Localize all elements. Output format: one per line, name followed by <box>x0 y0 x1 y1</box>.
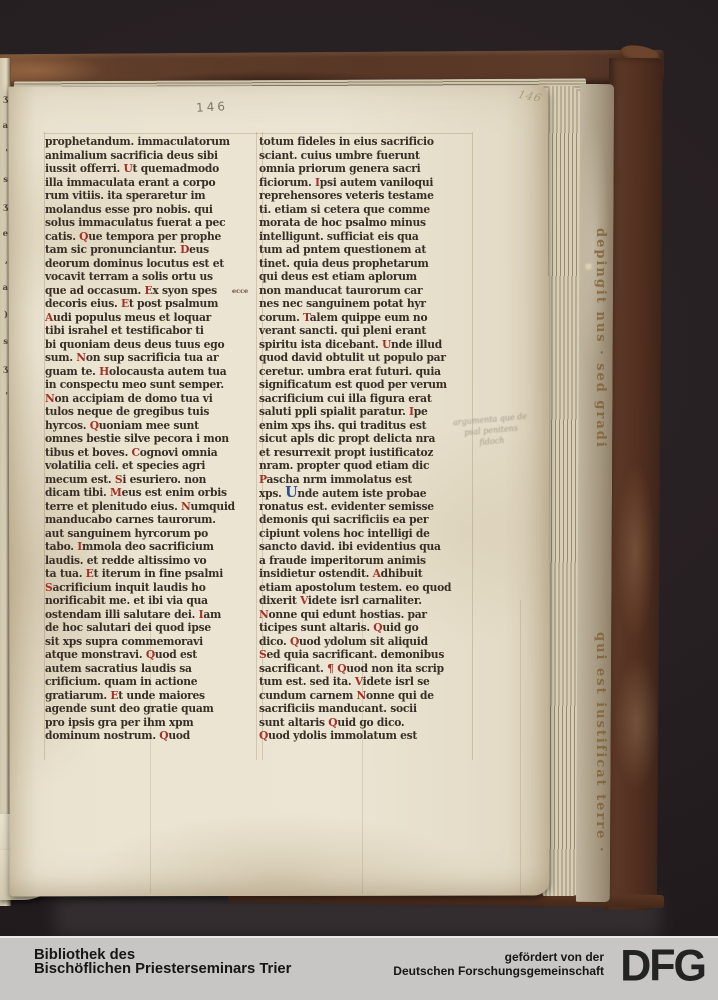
manuscript-line: tibi israhel et testificabor ti <box>45 324 256 338</box>
rubricated-initial: E <box>121 297 129 310</box>
manuscript-line: prophetandum. immaculatorum <box>45 135 256 149</box>
manuscript-line: reprehensores veteris testame <box>259 189 471 203</box>
rubricated-initial: C <box>132 446 140 459</box>
manuscript-line: a fraude imperitorum animis <box>259 554 471 568</box>
manuscript-line: dico. Quod ydolum sit aliquid <box>259 635 471 649</box>
manuscript-line: ostendam illi salutare dei. Iam <box>45 608 256 622</box>
manuscript-line: ronatus est. evidenter semisse <box>259 500 471 514</box>
manuscript-line: dicam tibi. Meus est enim orbis <box>45 486 256 500</box>
library-name-line2: Bischöflichen Priesterseminars Trier <box>34 962 291 976</box>
manuscript-line: sciant. cuius umbre fuerunt <box>259 149 471 163</box>
manuscript-line: tum est. sed ita. Videte isrl se <box>259 675 471 689</box>
funding-credit-line1: gefördert von der <box>393 951 604 965</box>
manuscript-line: rum vitiis. ita speraretur im <box>45 189 256 203</box>
rubricated-initial: Q <box>79 230 88 243</box>
manuscript-line: dixerit Videte isrl carnaliter. <box>259 594 471 608</box>
rubricated-initial: S <box>259 648 266 661</box>
manuscript-line: ticipes sunt altaris. Quid go <box>259 621 471 635</box>
manuscript-line: sum. Non sup sacrificia tua ar <box>45 351 256 365</box>
rubricated-initial: Q <box>259 729 268 742</box>
manuscript-line: corum. Talem quippe eum no <box>259 311 471 325</box>
manuscript-line: sunt altaris Quid go dico. <box>259 716 471 730</box>
manuscript-line: morata de hoc psalmo minus <box>259 216 471 230</box>
rubricated-initial: H <box>99 365 109 378</box>
rubricated-initial: ¶ <box>327 662 334 675</box>
rubricated-initial: E <box>86 567 94 580</box>
manuscript-line: norificabit me. et ibi via qua <box>45 594 256 608</box>
manuscript-line: de hoc salutari dei quod ipse <box>45 621 256 635</box>
funding-credit: gefördert von der Deutschen Forschungsge… <box>393 951 604 978</box>
ruling-line <box>44 133 472 134</box>
rubricated-initial: N <box>259 608 269 621</box>
manuscript-line: sacrificiis manducant. socii <box>259 702 471 716</box>
manuscript-line: cundum carnem Nonne qui de <box>259 689 471 703</box>
rubricated-initial: Q <box>290 635 299 648</box>
manuscript-line: cipiunt volens hoc intelligi de <box>259 527 471 541</box>
manuscript-line: laudis. et redde altissimo vo <box>45 554 256 568</box>
manuscript-line: tabo. Immola deo sacrificium <box>45 540 256 554</box>
manuscript-line: omnes bestie silve pecora i mon <box>45 432 256 446</box>
manuscript-line: manducabo carnes taurorum. <box>45 513 256 527</box>
metal-dot <box>586 264 591 269</box>
rubricated-initial: Q <box>373 621 382 634</box>
rubricated-initial: I <box>315 176 320 189</box>
manuscript-line: atque monstravi. Quod est <box>45 648 256 662</box>
manuscript-line: ficiorum. Ipsi autem vaniloqui <box>259 176 471 190</box>
manuscript-line: illa immaculata erant a corpo <box>45 176 256 190</box>
manuscript-line: tam sic pronunciantur. Deus <box>45 243 256 257</box>
manuscript-line: sancto david. ibi evidentius qua <box>259 540 471 554</box>
rubricated-initial: N <box>76 351 86 364</box>
manuscript-line: qui deus est etiam aplorum <box>259 270 471 284</box>
manuscript-line: xps. Unde autem iste probae <box>259 486 471 500</box>
funding-credit-line2: Deutschen Forschungsgemeinschaft <box>393 965 604 979</box>
manuscript-line: tinet. quia deus prophetarum <box>259 257 471 271</box>
library-name: Bibliothek des Bischöflichen Priestersem… <box>34 948 291 976</box>
rubricated-initial: N <box>45 392 55 405</box>
manuscript-line: mecum est. Si esuriero. non <box>45 473 256 487</box>
manuscript-line: iussit offerri. Ut quemadmodo <box>45 162 256 176</box>
manuscript-line: etiam apostolum testem. eo quod <box>259 581 471 595</box>
manuscript-line: Sacrificium inquit laudis ho <box>45 581 256 595</box>
fore-edge-inscription-lower: qui est iustificat terre · <box>590 632 608 880</box>
footer-bar: Bibliothek des Bischöflichen Priestersem… <box>0 936 718 1000</box>
manuscript-line: crificium. quam in actione <box>45 675 256 689</box>
illuminated-initial: U <box>285 486 297 500</box>
rubricated-initial: Q <box>337 662 346 675</box>
manuscript-line: insidietur ostendit. Adhibuit <box>259 567 471 581</box>
manuscript-line: Sed quia sacrificant. demonibus <box>259 648 471 662</box>
rubricated-initial: S <box>45 581 52 594</box>
manuscript-line: Non accipiam de domo tua vi <box>45 392 256 406</box>
rubricated-initial: E <box>110 689 118 702</box>
manuscript-line: in conspectu meo sunt semper. <box>45 378 256 392</box>
manuscript-line: Quod ydolis immolatum est <box>259 729 471 743</box>
rubricated-initial: U <box>382 338 391 351</box>
manuscript-line: tum ad pntem questionem at <box>259 243 471 257</box>
manuscript-line: nes nec sanguinem potat hyr <box>259 297 471 311</box>
manuscript-line: demonis qui sacrificiis ea per <box>259 513 471 527</box>
manuscript-line: pro ipsis gra per ihm xpm <box>45 716 256 730</box>
ruling-line <box>256 132 257 760</box>
rubricated-initial: Q <box>328 716 337 729</box>
manuscript-line: autem sacratius laudis sa <box>45 662 256 676</box>
manuscript-line: dominum nostrum. Quod <box>45 729 256 743</box>
manuscript-line: guam te. Holocausta autem tua <box>45 365 256 379</box>
manuscript-line: vocavit terram a solis ortu us <box>45 270 256 284</box>
manuscript-line: Pascha nrm immolatus est <box>259 473 471 487</box>
library-name-line1: Bibliothek des <box>34 948 291 962</box>
text-column-left: prophetandum. immaculatorumanimalium sac… <box>45 135 256 743</box>
rubricated-initial: N <box>356 689 366 702</box>
manuscript-line: tibus et boves. Cognovi omnia <box>45 446 256 460</box>
manuscript-line: totum fideles in eius sacrificio <box>259 135 471 149</box>
manuscript-line: hyrcos. Quoniam mee sunt <box>45 419 256 433</box>
photo-area: depingit nus · sed gradi qui est iustifi… <box>0 0 718 936</box>
rubricated-initial: P <box>259 473 267 486</box>
manuscript-line: non manducat taurorum car <box>259 284 471 298</box>
rubricated-initial: A <box>45 311 53 324</box>
manuscript-line: solus immaculatus fuerat a pec <box>45 216 256 230</box>
manuscript-line: catis. Que tempora per prophe <box>45 230 256 244</box>
rubricated-initial: E <box>145 284 153 297</box>
rubricated-initial: U <box>123 162 132 175</box>
manuscript-line: ta tua. Et iterum in fine psalmi <box>45 567 256 581</box>
rubricated-initial: D <box>180 243 189 256</box>
manuscript-line: quod david obtulit ut populo par <box>259 351 471 365</box>
manuscript-line: ceretur. umbra erat futuri. quia <box>259 365 471 379</box>
manuscript-line: deorum dominus locutus est et <box>45 257 256 271</box>
manuscript-line: gratiarum. Et unde maiores <box>45 689 256 703</box>
manuscript-line: tulos neque de gregibus tuis <box>45 405 256 419</box>
rubricated-initial: Q <box>146 648 155 661</box>
rubricated-initial: Q <box>159 729 168 742</box>
rubricated-initial: V <box>355 675 363 688</box>
manuscript-line: intelligunt. sufficiat eis qua <box>259 230 471 244</box>
rubricated-initial: A <box>373 567 381 580</box>
parchment-crease <box>520 600 521 894</box>
manuscript-line: sacrificium cui illa figura erat <box>259 392 471 406</box>
rubricated-initial: N <box>181 500 191 513</box>
rubricated-initial: I <box>77 540 82 553</box>
manuscript-line: Nonne qui edunt hostias. par <box>259 608 471 622</box>
rubricated-initial: I <box>409 405 414 418</box>
manuscript-line: omnia priorum genera sacri <box>259 162 471 176</box>
manuscript-line: Audi populus meus et loquar <box>45 311 256 325</box>
rubricated-initial: Q <box>90 419 99 432</box>
manuscript-line: bi quoniam deus deus tuus ego <box>45 338 256 352</box>
manuscript-line: verant sancti. qui pleni erant <box>259 324 471 338</box>
manuscript-line: molandus esse pro nobis. qui <box>45 203 256 217</box>
manuscript-line: nram. propter quod etiam dic <box>259 459 471 473</box>
manuscript-line: ti. etiam si cetera que comme <box>259 203 471 217</box>
manuscript-line: sit xps supra commemoravi <box>45 635 256 649</box>
fore-edge-inscription-upper: depingit nus · sed gradi <box>590 228 608 588</box>
folio-number-pencil: 146 <box>196 99 229 115</box>
manuscript-line: terre et plenitudo eius. Numquid <box>45 500 256 514</box>
manuscript-line: significatum est quod per verum <box>259 378 471 392</box>
rubricated-initial: I <box>199 608 204 621</box>
rubricated-initial: V <box>300 594 308 607</box>
manuscript-line: que ad occasum. Ex syon spes <box>45 284 256 298</box>
manuscript-line: agende sunt deo gratie quam <box>45 702 256 716</box>
manuscript-line: aut sanguinem hyrcorum po <box>45 527 256 541</box>
dfg-logo: DFG <box>620 941 705 992</box>
rubricated-initial: M <box>110 486 122 499</box>
manuscript-line: spiritu ista dicebant. Unde illud <box>259 338 471 352</box>
manuscript-line: saluti ppli spialit paratur. Ipe <box>259 405 471 419</box>
manuscript-line: decoris eius. Et post psalmum <box>45 297 256 311</box>
digitized-manuscript-scan: depingit nus · sed gradi qui est iustifi… <box>0 0 718 1000</box>
manuscript-line: sacrificant. ¶ Quod non ita scrip <box>259 662 471 676</box>
interlinear-note: ecce <box>232 287 248 295</box>
manuscript-line: animalium sacrificia deus sibi <box>45 149 256 163</box>
manuscript-line: volatilia celi. et species agri <box>45 459 256 473</box>
rubricated-initial: S <box>115 473 122 486</box>
rubricated-initial: T <box>303 311 310 324</box>
